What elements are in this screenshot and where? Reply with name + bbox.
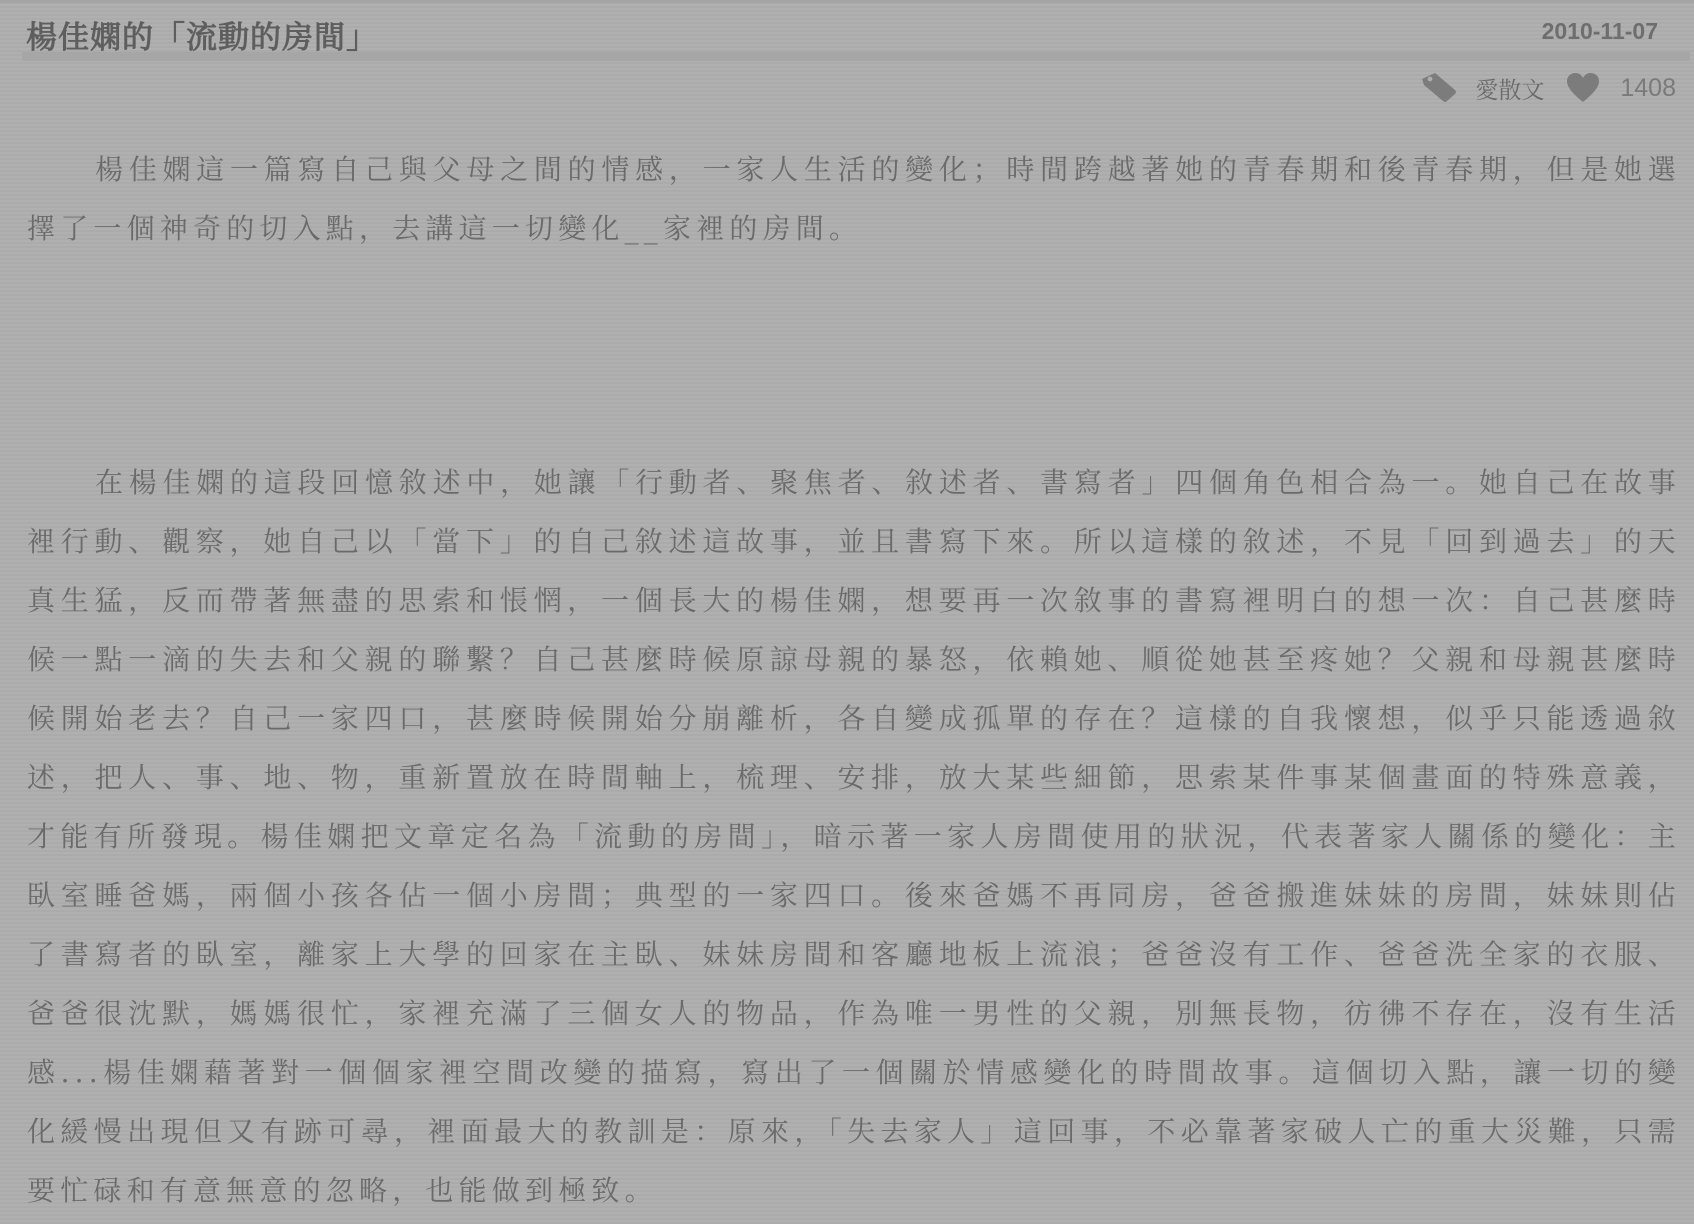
heart-icon[interactable] — [1566, 72, 1600, 104]
category-tag-link[interactable]: 愛散文 — [1475, 72, 1544, 105]
header-divider — [22, 52, 1690, 61]
article-meta: 愛散文 1408 — [1419, 70, 1676, 106]
like-count: 1408 — [1620, 74, 1676, 103]
article-body: 楊佳嫻這一篇寫自己與父母之間的情感，一家人生活的變化；時間跨越著她的青春期和後青… — [27, 140, 1681, 1220]
paragraph: 在楊佳嫻的這段回憶敘述中，她讓「行動者、聚焦者、敘述者、書寫者」四個角色相合為一… — [27, 453, 1681, 1220]
article-header: 楊佳嫻的「流動的房間」 2010-11-07 — [26, 8, 1658, 52]
paragraph: 楊佳嫻這一篇寫自己與父母之間的情感，一家人生活的變化；時間跨越著她的青春期和後青… — [27, 140, 1681, 258]
top-border — [0, 0, 1694, 3]
tag-icon — [1419, 70, 1459, 106]
article-title[interactable]: 楊佳嫻的「流動的房間」 — [26, 12, 378, 57]
article-date: 2010-11-07 — [1542, 18, 1658, 45]
